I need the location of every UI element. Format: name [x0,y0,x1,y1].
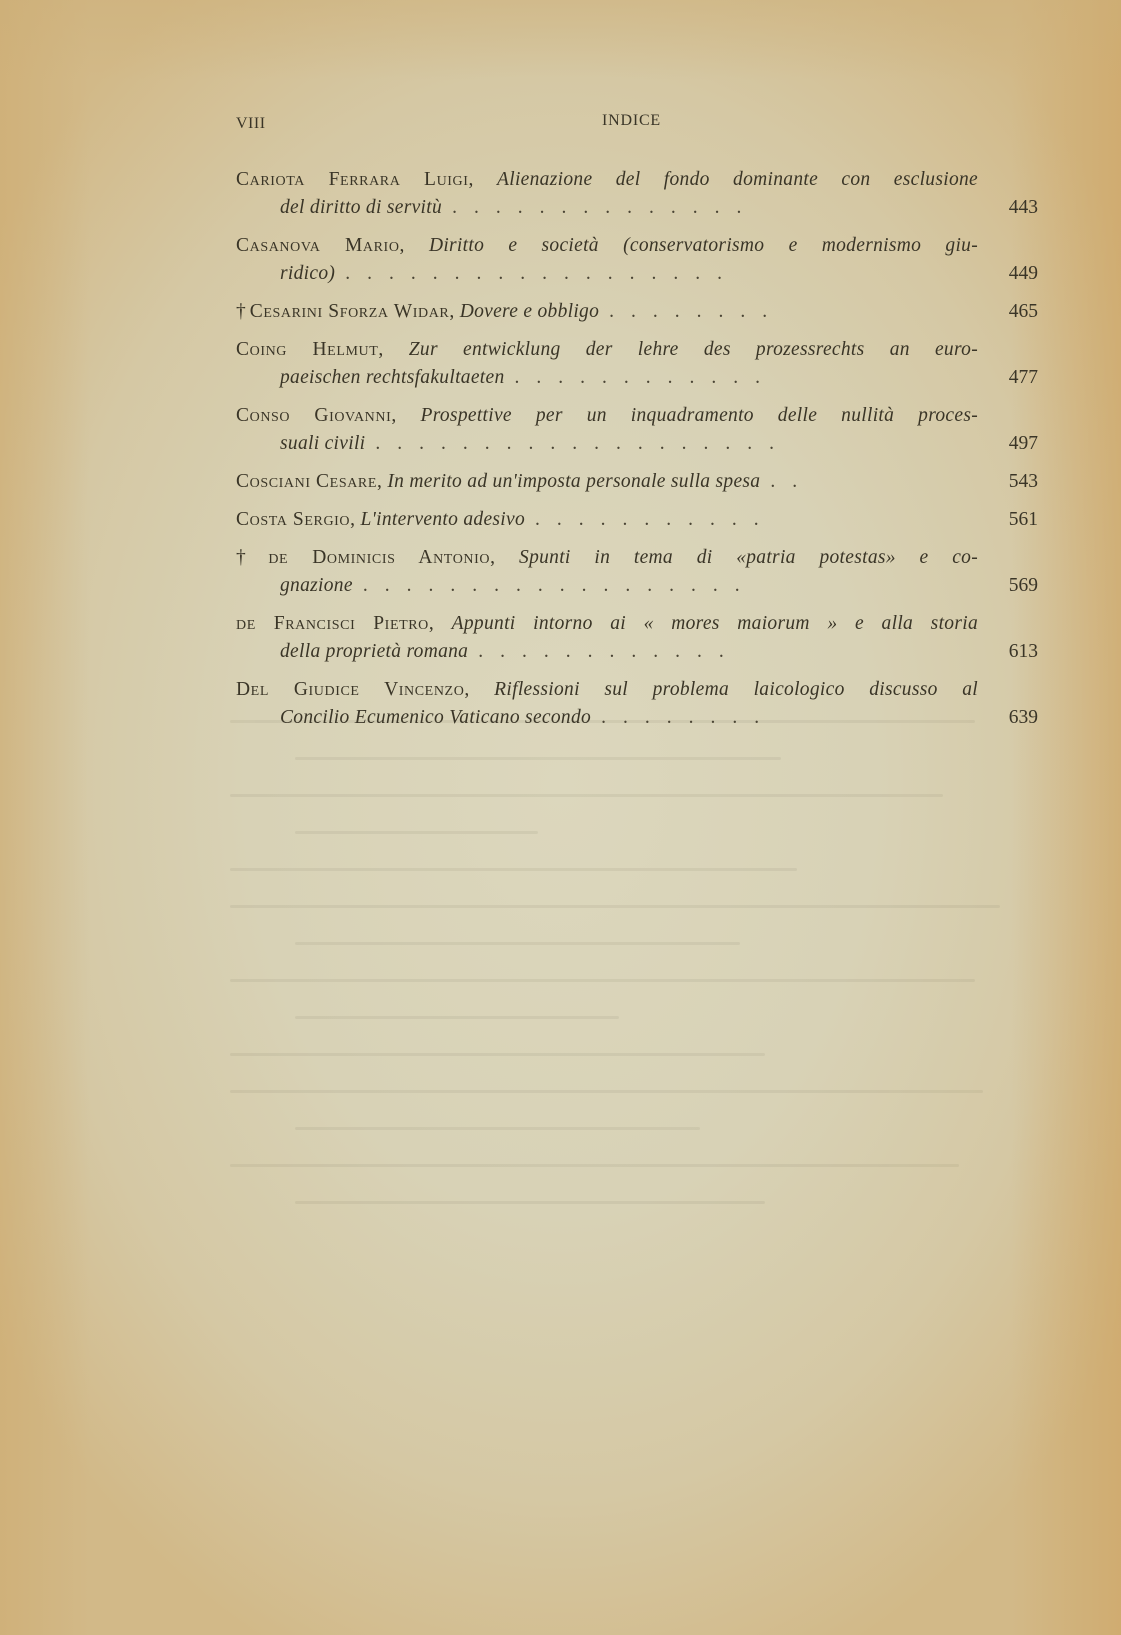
running-head: VIII INDICE [236,112,1036,136]
page-shading-top [0,0,1121,80]
entry-page-number: 639 [1009,704,1038,732]
entry-title: Alienazione del fondo dominante con escl… [497,169,978,190]
entry-author: Del Giudice Vincenzo, [236,679,470,700]
entry-author: Cariota Ferrara Luigi, [236,169,474,190]
dot-leaders: ............ [515,367,778,388]
entry-author: Costa Sergio, [236,509,356,530]
toc-entry: Casanova Mario, Diritto e società (conse… [236,232,1044,288]
entry-title-continued: suali civili [280,433,365,454]
entry-title: Diritto e società (conservatorismo e mod… [429,235,978,256]
entry-title-continued: del diritto di servitù [280,197,442,218]
entry-title: L'intervento adesivo [361,509,526,530]
dot-leaders: .............. [452,197,758,218]
dot-leaders: .................. [363,575,757,596]
entry-title: Riflessioni sul problema laicologico dis… [494,679,978,700]
entry-title-continued: Concilio Ecumenico Vaticano secondo [280,707,591,728]
entry-title-continued: gnazione [280,575,353,596]
entry-title-continued: paeischen rechtsfakultaeten [280,367,505,388]
entry-title-continued: della proprietà romana [280,641,468,662]
dot-leaders: ................... [375,433,791,454]
dagger-deceased-mark: † [236,301,246,322]
entry-page-number: 569 [1009,572,1038,600]
dot-leaders: ........ [601,707,776,728]
entry-title: Prospettive per un inquadramento delle n… [421,405,979,426]
entry-title: Appunti intorno ai « mores maiorum » e a… [452,613,978,634]
entry-author: Cosciani Cesare, [236,471,382,492]
entry-page-number: 443 [1009,194,1038,222]
entry-author: de Francisci Pietro, [236,613,434,634]
entry-page-number: 613 [1009,638,1038,666]
entry-page-number: 561 [1009,506,1038,534]
entry-title-continued: ridico) [280,263,335,284]
table-of-contents: Cariota Ferrara Luigi, Alienazione del f… [236,166,1044,742]
entry-title: In merito ad un'imposta personale sulla … [387,471,760,492]
dot-leaders: ............ [478,641,741,662]
dagger-deceased-mark: † [236,547,264,568]
page-title: INDICE [602,112,661,130]
entry-page-number: 497 [1009,430,1038,458]
dot-leaders: ........... [535,509,776,530]
entry-author: Cesarini Sforza Widar, [250,301,455,322]
toc-entry: †de Dominicis Antonio, Spunti in tema di… [236,544,1044,600]
toc-entry: Cosciani Cesare, In merito ad un'imposta… [236,468,1044,496]
toc-entry: Coing Helmut, Zur entwicklung der lehre … [236,336,1044,392]
page-folio: VIII [236,115,266,133]
toc-entry: Costa Sergio, L'intervento adesivo......… [236,506,1044,534]
entry-page-number: 449 [1009,260,1038,288]
entry-title: Spunti in tema di «patria potestas» e co… [519,547,978,568]
entry-page-number: 465 [1009,298,1038,326]
toc-entry: Cariota Ferrara Luigi, Alienazione del f… [236,166,1044,222]
entry-page-number: 543 [1009,468,1038,496]
entry-page-number: 477 [1009,364,1038,392]
entry-title: Dovere e obbligo [460,301,599,322]
toc-entry: †Cesarini Sforza Widar, Dovere e obbligo… [236,298,1044,326]
toc-entry: Conso Giovanni, Prospettive per un inqua… [236,402,1044,458]
entry-author: Coing Helmut, [236,339,384,360]
entry-author: de Dominicis Antonio, [268,547,495,568]
show-through-texture [230,720,1040,1240]
toc-entry: de Francisci Pietro, Appunti intorno ai … [236,610,1044,666]
entry-title: Zur entwicklung der lehre des prozessrec… [409,339,978,360]
entry-author: Conso Giovanni, [236,405,397,426]
dot-leaders: ........ [609,301,784,322]
page-shading-left [0,0,90,1635]
dot-leaders: .................. [345,263,739,284]
entry-author: Casanova Mario, [236,235,405,256]
dot-leaders: .. [770,471,814,492]
toc-entry: Del Giudice Vincenzo, Riflessioni sul pr… [236,676,1044,732]
